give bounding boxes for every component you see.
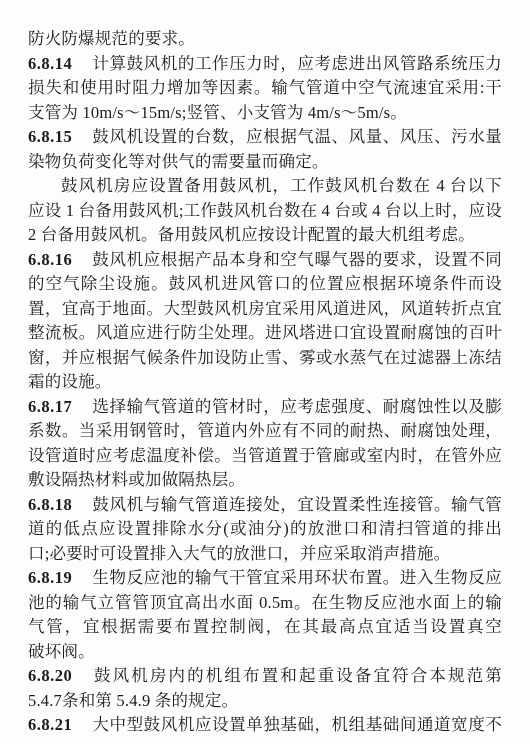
text-line: 窗，并应根据气候条件加设防止雪、雾或水蒸气在过滤器上冻结冰 xyxy=(28,346,502,371)
text-line: 整流板。风道应进行防尘处理。进风塔进口宜设置耐腐蚀的百叶 xyxy=(28,321,502,346)
text-line: 池的输气立管管顶宜高出水面 0.5m。在生物反应池水面上的输 xyxy=(28,591,502,616)
clause-number: 6.8.14 xyxy=(28,54,92,73)
clause-6.8.17: 6.8.17选择输气管道的管材时，应考虑强度、耐腐蚀性以及膨胀系数。当采用钢管时… xyxy=(28,395,502,493)
text-line: 的空气除尘设施。鼓风机进风管口的位置应根据环境条件而设 xyxy=(28,272,502,297)
text-line: 破坏阀。 xyxy=(28,640,502,665)
text-line: 气管，宜根据需要布置控制阀，在其最高点宜适当设置真空 xyxy=(28,615,502,640)
text-line: 6.8.16鼓风机应根据产品本身和空气曝气器的要求，设置不同 xyxy=(28,248,502,273)
text-line: 5.4.7条和第 5.4.9 条的规定。 xyxy=(28,689,502,714)
clause-number: 6.8.16 xyxy=(28,250,92,269)
clause-number: 6.8.20 xyxy=(28,666,92,685)
clause-number: 6.8.15 xyxy=(28,127,92,146)
paragraph: 防火防爆规范的要求。 xyxy=(28,27,502,52)
text-line: 染物负荷变化等对供气的需要量而确定。 xyxy=(28,150,502,175)
text-line: 6.8.19生物反应池的输气干管宜采用环状布置。进入生物反应 xyxy=(28,566,502,591)
text-line: 口;必要时可设置排入大气的放泄口，并应采取消声措施。 xyxy=(28,542,502,567)
clause-number: 6.8.17 xyxy=(28,397,92,416)
text-line: 6.8.17选择输气管道的管材时，应考虑强度、耐腐蚀性以及膨胀 xyxy=(28,395,502,420)
clause-6.8.20: 6.8.20鼓风机房内的机组布置和起重设备宜符合本规范第5.4.7条和第 5.4… xyxy=(28,664,502,713)
text-line: 鼓风机房应设置备用鼓风机，工作鼓风机台数在 4 台以下时， xyxy=(28,174,502,199)
text-line: 置，宜高于地面。大型鼓风机房宜采用风道进风，风道转折点宜设 xyxy=(28,297,502,322)
text-line: 设管道时应考虑温度补偿。当管道置于管廊或室内时，在管外应 xyxy=(28,444,502,469)
document-page: 防火防爆规范的要求。6.8.14计算鼓风机的工作压力时，应考虑进出风管路系统压力… xyxy=(0,0,530,744)
clause-6.8.15: 6.8.15鼓风机设置的台数，应根据气温、风量、风压、污水量和污染物负荷变化等对… xyxy=(28,125,502,174)
page-body: 防火防爆规范的要求。6.8.14计算鼓风机的工作压力时，应考虑进出风管路系统压力… xyxy=(28,27,502,738)
clause-number: 6.8.21 xyxy=(28,715,92,734)
text-line: 损失和使用时阻力增加等因素。输气管道中空气流速宜采用:干 xyxy=(28,76,502,101)
text-line: 系数。当采用钢管时，管道内外应有不同的耐热、耐腐蚀处理，敷 xyxy=(28,419,502,444)
clause-6.8.18: 6.8.18鼓风机与输气管道连接处，宜设置柔性连接管。输气管道的低点应设置排除水… xyxy=(28,493,502,567)
text-line: 6.8.20鼓风机房内的机组布置和起重设备宜符合本规范第 xyxy=(28,664,502,689)
clause-6.8.16: 6.8.16鼓风机应根据产品本身和空气曝气器的要求，设置不同的空气除尘设施。鼓风… xyxy=(28,248,502,395)
text-line: 支管为 10m/s～15m/s;竖管、小支管为 4m/s～5m/s。 xyxy=(28,101,502,126)
text-line: 6.8.21大中型鼓风机应设置单独基础，机组基础间通道宽度不 xyxy=(28,713,502,738)
text-line: 敷设隔热材料或加做隔热层。 xyxy=(28,468,502,493)
clause-number: 6.8.18 xyxy=(28,495,92,514)
clause-6.8.19: 6.8.19生物反应池的输气干管宜采用环状布置。进入生物反应池的输气立管管顶宜高… xyxy=(28,566,502,664)
paragraph: 鼓风机房应设置备用鼓风机，工作鼓风机台数在 4 台以下时，应设 1 台备用鼓风机… xyxy=(28,174,502,248)
text-line: 防火防爆规范的要求。 xyxy=(28,27,502,52)
text-line: 道的低点应设置排除水分(或油分)的放泄口和清扫管道的排出 xyxy=(28,517,502,542)
clause-number: 6.8.19 xyxy=(28,568,92,587)
clause-6.8.21: 6.8.21大中型鼓风机应设置单独基础，机组基础间通道宽度不 xyxy=(28,713,502,738)
clause-6.8.14: 6.8.14计算鼓风机的工作压力时，应考虑进出风管路系统压力损失和使用时阻力增加… xyxy=(28,52,502,126)
text-line: 6.8.15鼓风机设置的台数，应根据气温、风量、风压、污水量和污 xyxy=(28,125,502,150)
text-line: 霜的设施。 xyxy=(28,370,502,395)
text-line: 6.8.14计算鼓风机的工作压力时，应考虑进出风管路系统压力 xyxy=(28,52,502,77)
text-line: 6.8.18鼓风机与输气管道连接处，宜设置柔性连接管。输气管 xyxy=(28,493,502,518)
text-line: 2 台备用鼓风机。备用鼓风机应按设计配置的最大机组考虑。 xyxy=(28,223,502,248)
text-line: 应设 1 台备用鼓风机;工作鼓风机台数在 4 台或 4 台以上时，应设 xyxy=(28,199,502,224)
